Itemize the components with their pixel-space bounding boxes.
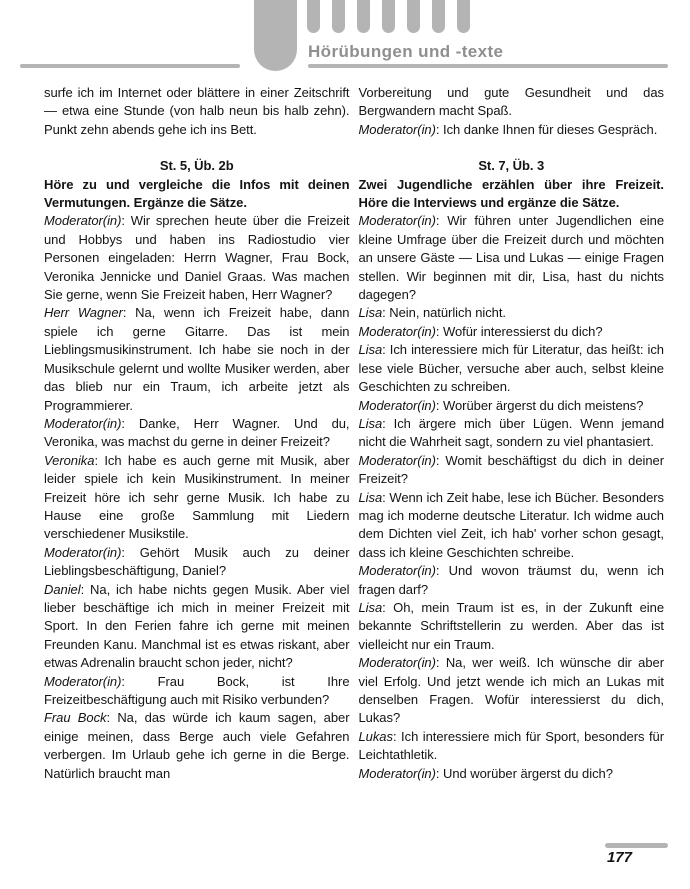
dialogue-paragraph: Moderator(in): Na, wer weiß. Ich wünsche… bbox=[359, 654, 665, 728]
paragraph: surfe ich im Internet oder blättere in e… bbox=[44, 84, 350, 139]
dialogue-paragraph: Moderator(in): Wofür interessierst du di… bbox=[359, 323, 665, 341]
speaker-name: Daniel bbox=[44, 582, 81, 597]
speaker-name: Herr Wagner bbox=[44, 305, 123, 320]
speaker-name: Moderator(in) bbox=[359, 398, 436, 413]
pipe-icon bbox=[332, 0, 345, 33]
pipe-icon bbox=[457, 0, 470, 33]
footer-rule bbox=[605, 843, 668, 848]
speaker-name: Moderator(in) bbox=[359, 563, 436, 578]
dialogue-paragraph: Moderator(in): Wir führen unter Jugendli… bbox=[359, 212, 665, 304]
speaker-name: Lisa bbox=[359, 305, 383, 320]
dialogue-paragraph: Moderator(in): Wir sprechen heute über d… bbox=[44, 212, 350, 304]
dialogue-paragraph: Moderator(in): Und wovon träumst du, wen… bbox=[359, 562, 665, 599]
page-title: Hörübungen und -texte bbox=[308, 42, 503, 62]
dialogue-paragraph: Frau Bock: Na, das würde ich kaum sagen,… bbox=[44, 709, 350, 783]
speaker-name: Frau Bock bbox=[44, 710, 107, 725]
pipe-icon bbox=[357, 0, 370, 33]
pipe-icon bbox=[432, 0, 445, 33]
speaker-name: Lisa bbox=[359, 416, 383, 431]
header-rule-left bbox=[20, 64, 240, 68]
book-page: Hörübungen und -texte surfe ich im Inter… bbox=[0, 0, 690, 889]
dialogue-paragraph: Moderator(in): Ich danke Ihnen für diese… bbox=[359, 121, 665, 139]
speaker-name: Lukas bbox=[359, 729, 393, 744]
pipe-icon bbox=[407, 0, 420, 33]
dialogue-paragraph: Moderator(in): Womit beschäftigst du dic… bbox=[359, 452, 665, 489]
large-pipe-ornament-icon bbox=[254, 0, 297, 71]
dialogue-paragraph: Moderator(in): Gehört Musik auch zu dein… bbox=[44, 544, 350, 581]
speaker-name: Moderator(in) bbox=[359, 213, 436, 228]
speaker-name: Moderator(in) bbox=[359, 324, 436, 339]
column-right: Vorbereitung und gute Gesundheit und das… bbox=[359, 84, 665, 783]
dialogue-paragraph: Lisa: Oh, mein Traum ist es, in der Zuku… bbox=[359, 599, 665, 654]
dialogue-paragraph: Lisa: Wenn ich Zeit habe, lese ich Büche… bbox=[359, 489, 665, 563]
exercise-heading: St. 5, Üb. 2b bbox=[44, 157, 350, 175]
dialogue-paragraph: Moderator(in): Worüber ärgerst du dich m… bbox=[359, 397, 665, 415]
speaker-name: Lisa bbox=[359, 342, 383, 357]
speaker-name: Moderator(in) bbox=[44, 545, 121, 560]
page-number: 177 bbox=[607, 849, 632, 866]
dialogue-paragraph: Herr Wagner: Na, wenn ich Freizeit habe,… bbox=[44, 304, 350, 414]
dialogue-paragraph: Lukas: Ich interessiere mich für Sport, … bbox=[359, 728, 665, 765]
dialogue-paragraph: Daniel: Na, ich habe nichts gegen Musik.… bbox=[44, 581, 350, 673]
task-instruction: Zwei Jugendliche erzählen über ihre Frei… bbox=[359, 176, 665, 213]
speaker-name: Moderator(in) bbox=[359, 453, 436, 468]
dialogue-paragraph: Moderator(in): Und worüber ärgerst du di… bbox=[359, 765, 665, 783]
speaker-name: Moderator(in) bbox=[44, 416, 121, 431]
organ-pipes-icon bbox=[307, 0, 470, 33]
speaker-name: Lisa bbox=[359, 490, 383, 505]
pipe-icon bbox=[307, 0, 320, 33]
speaker-name: Moderator(in) bbox=[359, 122, 436, 137]
pipe-icon bbox=[382, 0, 395, 33]
speaker-name: Moderator(in) bbox=[44, 213, 121, 228]
task-instruction: Höre zu und vergleiche die Infos mit dei… bbox=[44, 176, 350, 213]
speaker-name: Moderator(in) bbox=[359, 766, 436, 781]
text-columns: surfe ich im Internet oder blättere in e… bbox=[44, 84, 664, 783]
speaker-name: Veronika bbox=[44, 453, 94, 468]
exercise-heading: St. 7, Üb. 3 bbox=[359, 157, 665, 175]
speaker-name: Moderator(in) bbox=[359, 655, 436, 670]
dialogue-paragraph: Veronika: Ich habe es auch gerne mit Mus… bbox=[44, 452, 350, 544]
dialogue-paragraph: Lisa: Nein, natürlich nicht. bbox=[359, 304, 665, 322]
paragraph: Vorbereitung und gute Gesundheit und das… bbox=[359, 84, 665, 121]
dialogue-paragraph: Moderator(in): Frau Bock, ist Ihre Freiz… bbox=[44, 673, 350, 710]
dialogue-paragraph: Moderator(in): Danke, Herr Wagner. Und d… bbox=[44, 415, 350, 452]
header-rule-right bbox=[308, 64, 668, 68]
speaker-name: Lisa bbox=[359, 600, 383, 615]
dialogue-paragraph: Lisa: Ich interessiere mich für Literatu… bbox=[359, 341, 665, 396]
column-left: surfe ich im Internet oder blättere in e… bbox=[44, 84, 350, 783]
speaker-name: Moderator(in) bbox=[44, 674, 121, 689]
dialogue-paragraph: Lisa: Ich ärgere mich über Lügen. Wenn j… bbox=[359, 415, 665, 452]
